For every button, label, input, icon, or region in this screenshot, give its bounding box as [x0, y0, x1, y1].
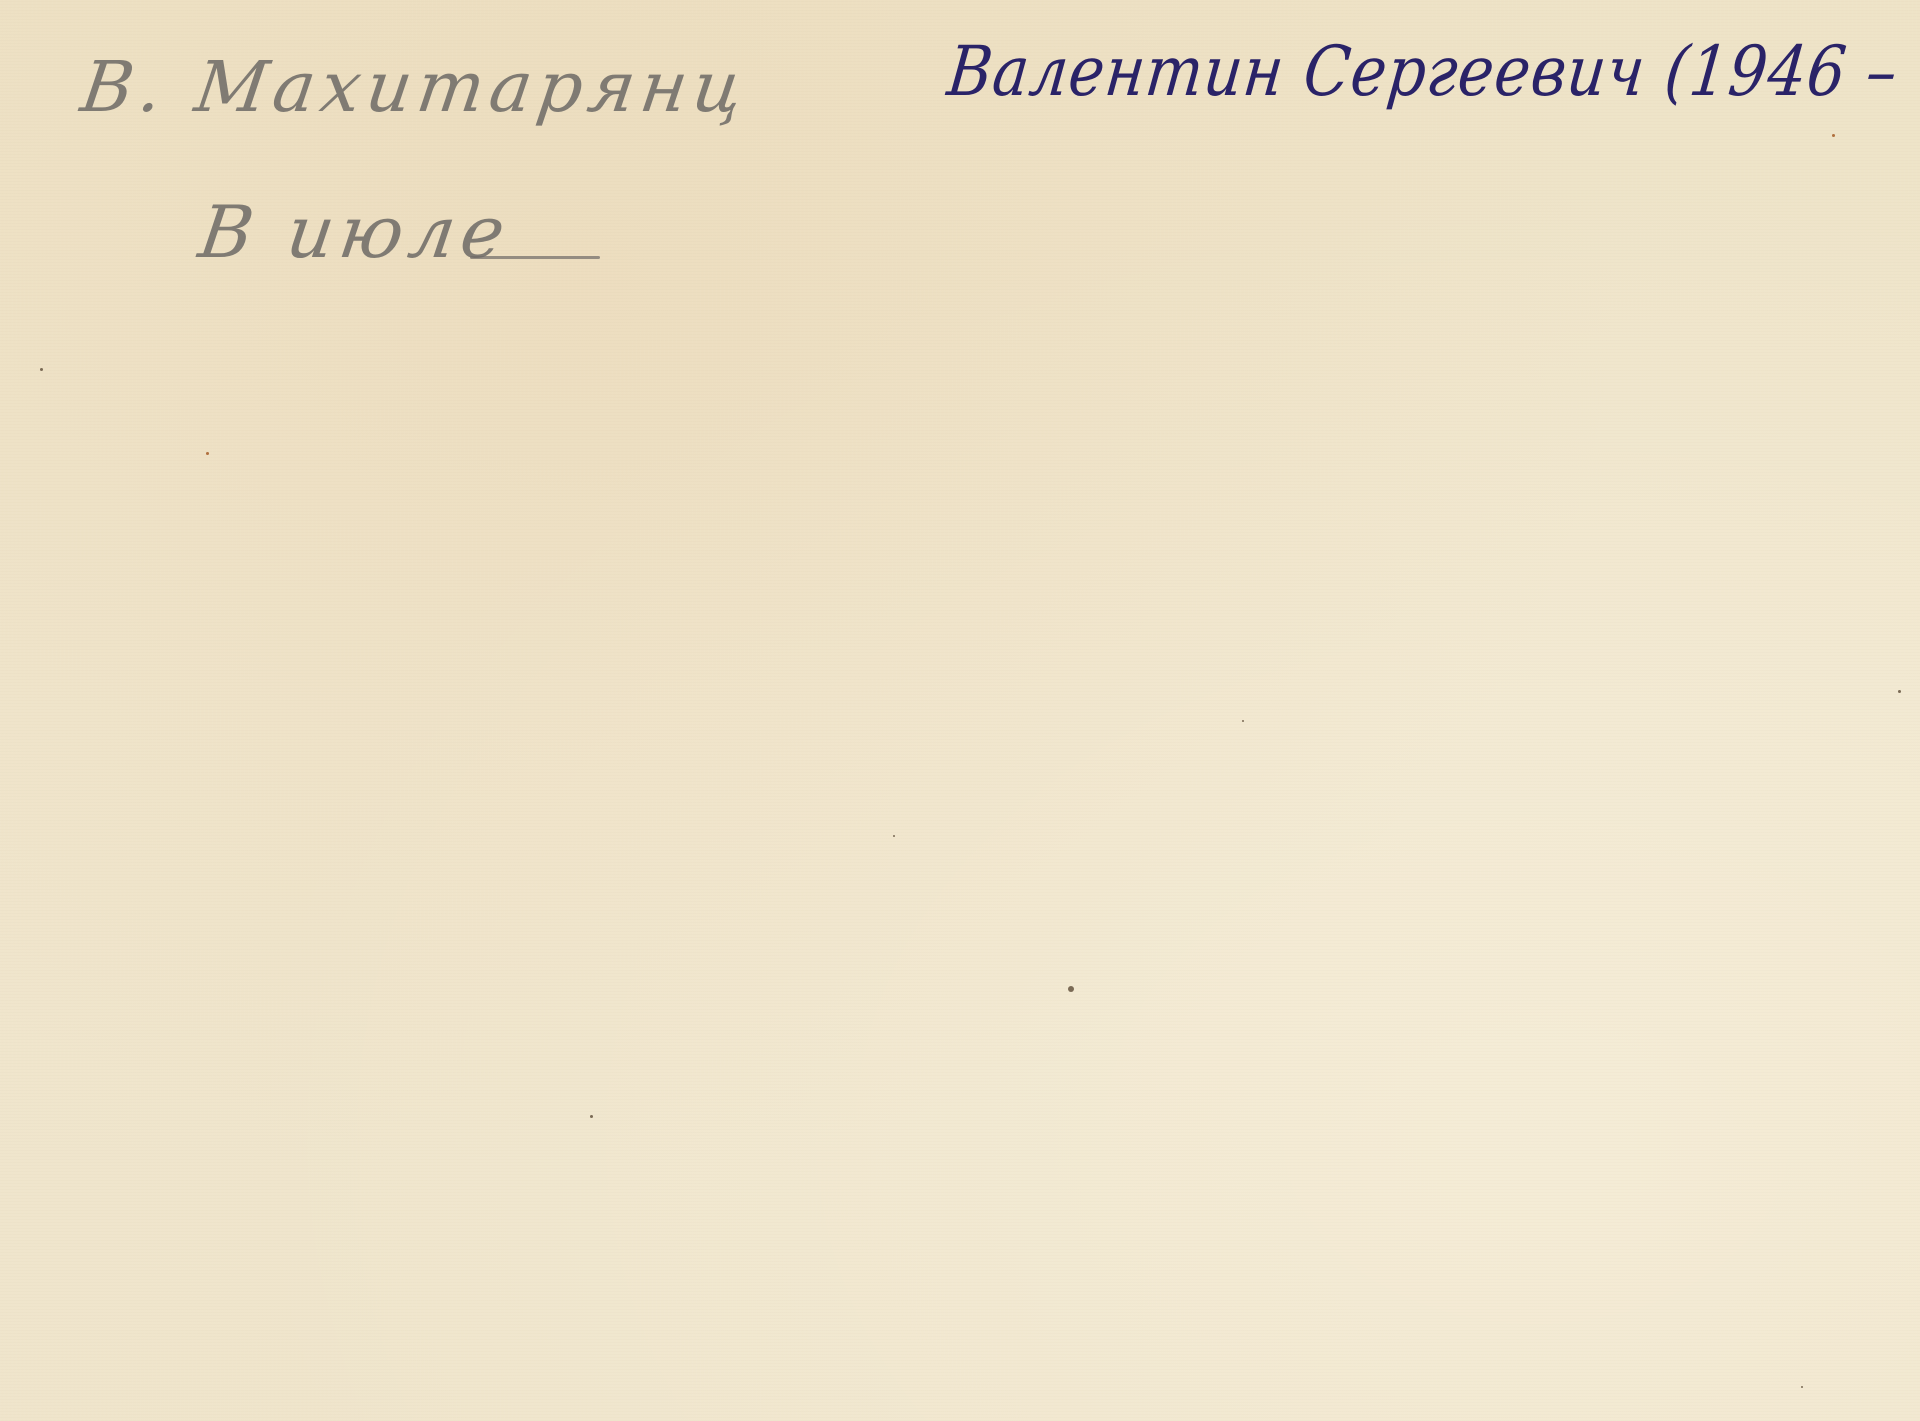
handwritten-month-pencil: В июле: [195, 196, 515, 268]
paper-speck: [40, 368, 43, 371]
pencil-underline-stroke: [470, 256, 600, 259]
paper-speck: [1068, 986, 1074, 992]
paper-speck: [1832, 134, 1835, 137]
paper-speck: [590, 1115, 593, 1118]
paper-speck: [1801, 1386, 1803, 1388]
handwritten-full-name-ink: Валентин Сергеевич (1946 –: [944, 38, 1901, 107]
paper-speck: [1242, 720, 1244, 722]
paper-speck: [893, 835, 895, 837]
paper-speck: [1898, 690, 1901, 693]
paper-speck: [206, 452, 209, 455]
handwritten-name-pencil: В. Махитарянц: [77, 52, 753, 122]
